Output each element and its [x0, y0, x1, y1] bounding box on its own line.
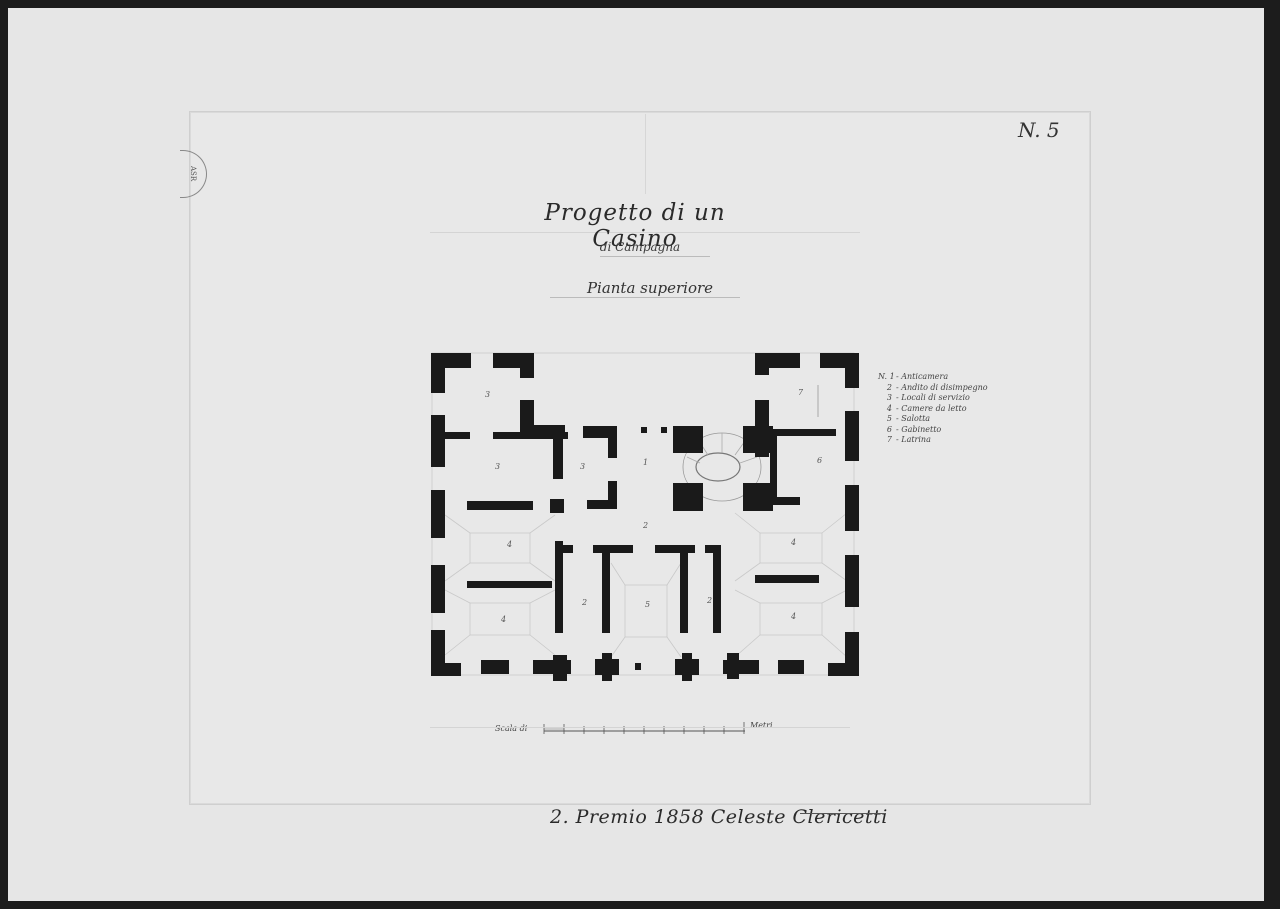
room-number: 3 [580, 462, 585, 471]
sheet-number: N. 5 [1018, 118, 1060, 142]
room-number: 4 [790, 538, 796, 547]
subtitle-rule [600, 256, 710, 257]
room-number: 5 [645, 600, 650, 609]
plan-outline [432, 353, 854, 675]
scale-label: Scala di [495, 724, 527, 733]
room-number: 2 [706, 596, 712, 605]
legend-item: 7- Latrina [878, 435, 988, 446]
room-number: 2 [642, 521, 648, 530]
construction-line [430, 727, 850, 728]
legend-item: 6- Gabinetto [878, 425, 988, 436]
floor-plan: 3 3 3 1 7 6 2 4 4 2 5 2 4 4 [425, 345, 860, 685]
signature-rule [800, 813, 886, 814]
legend-item: 2- Andito di disimpegno [878, 383, 988, 394]
room-number: 4 [500, 615, 506, 624]
scale-unit: Metri [750, 721, 773, 730]
room-number: 4 [790, 612, 796, 621]
legend-item: 4- Camere da letto [878, 404, 988, 415]
room-number: 3 [485, 390, 490, 399]
construction-line [645, 114, 646, 194]
legend-item: 5- Salotta [878, 414, 988, 425]
legend-item: 3- Locali di servizio [878, 393, 988, 404]
room-legend: N. 1- Anticamera 2- Andito di disimpegno… [878, 372, 988, 446]
plan-title: Pianta superiore [560, 279, 740, 297]
plan-walls [431, 353, 859, 681]
room-number: 1 [643, 458, 648, 467]
room-number: 7 [798, 388, 804, 397]
room-number: 3 [495, 462, 500, 471]
signature: 2. Premio 1858 Celeste Clericetti [550, 806, 888, 828]
scale-ruler [543, 720, 749, 736]
room-number: 2 [581, 598, 587, 607]
room-number: 6 [817, 456, 822, 465]
plan-title-rule [550, 297, 740, 298]
room-number: 4 [506, 540, 512, 549]
drawing-subtitle: di Campagna [560, 240, 720, 254]
legend-item: N. 1- Anticamera [878, 372, 988, 383]
